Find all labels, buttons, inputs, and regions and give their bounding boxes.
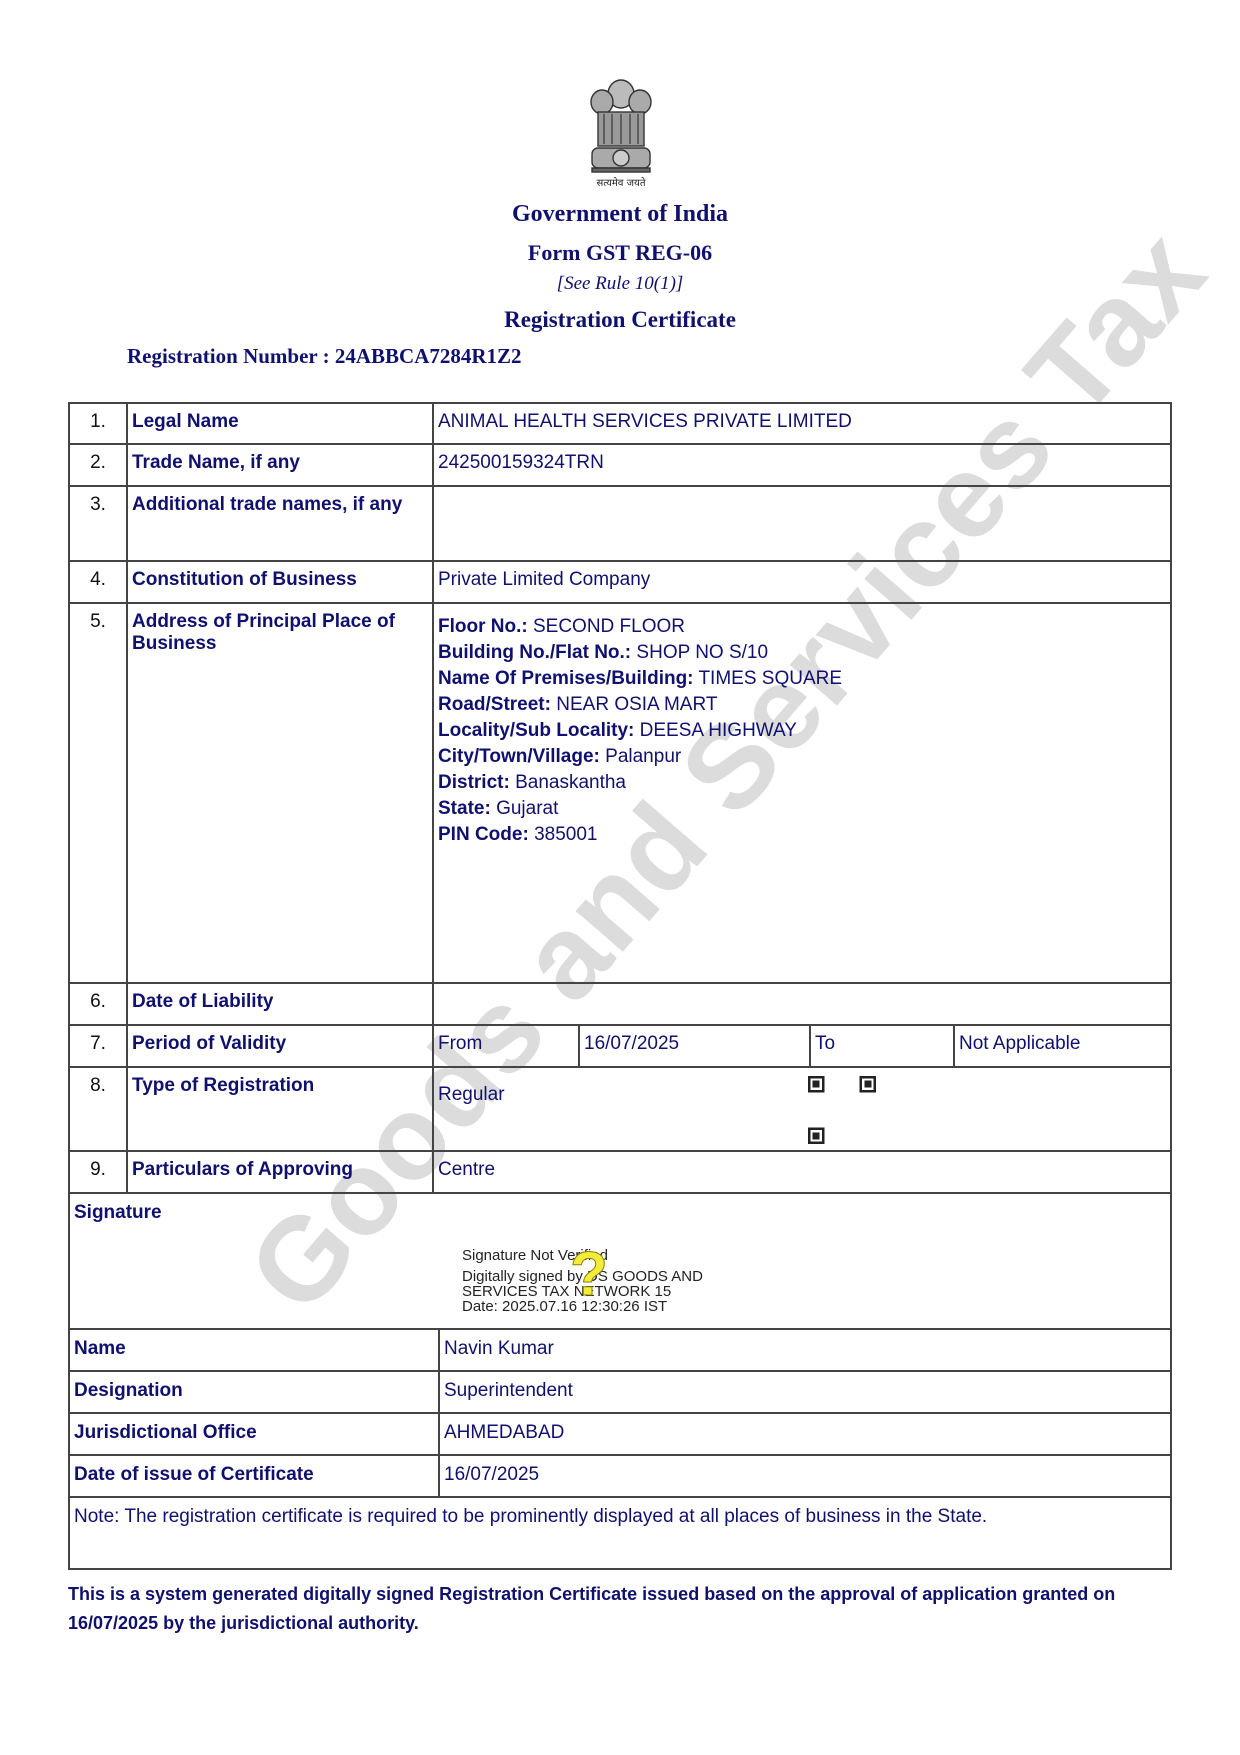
registration-number: Registration Number : 24ABBCA7284R1Z2 bbox=[127, 344, 522, 369]
row-number: 1. bbox=[69, 403, 127, 444]
designation-value: Superintendent bbox=[439, 1371, 1171, 1413]
table-row: Date of issue of Certificate 16/07/2025 bbox=[69, 1455, 1171, 1497]
table-row: 7. Period of Validity From 16/07/2025 To… bbox=[69, 1025, 1171, 1067]
row-number: 8. bbox=[69, 1067, 127, 1151]
validity-to-label: To bbox=[810, 1025, 954, 1067]
validity-from-date: 16/07/2025 bbox=[579, 1025, 810, 1067]
row-label: Type of Registration bbox=[127, 1067, 433, 1151]
row-label: Constitution of Business bbox=[127, 561, 433, 603]
officer-name-value: Navin Kumar bbox=[439, 1329, 1171, 1371]
issue-date-value: 16/07/2025 bbox=[439, 1455, 1171, 1497]
address-line: Road/Street: NEAR OSIA MART bbox=[438, 692, 1166, 718]
jurisdictional-office-value: AHMEDABAD bbox=[439, 1413, 1171, 1455]
table-row: 4. Constitution of Business Private Limi… bbox=[69, 561, 1171, 603]
row-label: Period of Validity bbox=[127, 1025, 433, 1067]
table-row: 5. Address of Principal Place of Busines… bbox=[69, 603, 1171, 983]
table-row: 9. Particulars of Approving Centre bbox=[69, 1151, 1171, 1193]
row-number: 7. bbox=[69, 1025, 127, 1067]
certificate-table: 1. Legal Name ANIMAL HEALTH SERVICES PRI… bbox=[68, 402, 1172, 1194]
address-line: Name Of Premises/Building: TIMES SQUARE bbox=[438, 666, 1166, 692]
table-row: 6. Date of Liability bbox=[69, 983, 1171, 1025]
address-line: PIN Code: 385001 bbox=[438, 822, 1166, 848]
form-title: Form GST REG-06 bbox=[0, 240, 1240, 266]
table-row: 1. Legal Name ANIMAL HEALTH SERVICES PRI… bbox=[69, 403, 1171, 444]
address-line: Building No./Flat No.: SHOP NO S/10 bbox=[438, 640, 1166, 666]
qr-code-icon bbox=[808, 1076, 876, 1144]
table-row: Name Navin Kumar bbox=[69, 1329, 1171, 1371]
table-row: 8. Type of Registration Regular bbox=[69, 1067, 1171, 1151]
jurisdictional-office-label: Jurisdictional Office bbox=[69, 1413, 439, 1455]
row-label: Additional trade names, if any bbox=[127, 486, 433, 561]
table-row: 3. Additional trade names, if any bbox=[69, 486, 1171, 561]
note-text: Note: The registration certificate is re… bbox=[69, 1497, 1171, 1569]
row-number: 2. bbox=[69, 444, 127, 486]
svg-text:सत्यमेव जयते: सत्यमेव जयते bbox=[596, 177, 645, 189]
address-line: City/Town/Village: Palanpur bbox=[438, 744, 1166, 770]
row-label: Particulars of Approving bbox=[127, 1151, 433, 1193]
row-number: 4. bbox=[69, 561, 127, 603]
validity-from-label: From bbox=[433, 1025, 579, 1067]
address-line: Floor No.: SECOND FLOOR bbox=[438, 614, 1166, 640]
registration-number-label: Registration Number : bbox=[127, 344, 330, 368]
row-label: Date of Liability bbox=[127, 983, 433, 1025]
issue-date-label: Date of issue of Certificate bbox=[69, 1455, 439, 1497]
row-number: 9. bbox=[69, 1151, 127, 1193]
row-label: Trade Name, if any bbox=[127, 444, 433, 486]
approving-authority-value: Centre bbox=[433, 1151, 1171, 1193]
table-row: Jurisdictional Office AHMEDABAD bbox=[69, 1413, 1171, 1455]
government-title: Government of India bbox=[0, 201, 1240, 228]
address-line: District: Banaskantha bbox=[438, 770, 1166, 796]
row-number: 3. bbox=[69, 486, 127, 561]
address-line: State: Gujarat bbox=[438, 796, 1166, 822]
certificate-title: Registration Certificate bbox=[0, 307, 1240, 333]
officer-name-label: Name bbox=[69, 1329, 439, 1371]
rule-reference: [See Rule 10(1)] bbox=[0, 273, 1240, 295]
row-label: Legal Name bbox=[127, 403, 433, 444]
row-label: Address of Principal Place of Business bbox=[127, 603, 433, 983]
row-number: 5. bbox=[69, 603, 127, 983]
registration-number-value: 24ABBCA7284R1Z2 bbox=[335, 344, 522, 368]
date-of-liability-value bbox=[433, 983, 1171, 1025]
validity-to-date: Not Applicable bbox=[954, 1025, 1171, 1067]
note-row: Note: The registration certificate is re… bbox=[69, 1497, 1171, 1569]
table-row: 2. Trade Name, if any 242500159324TRN bbox=[69, 444, 1171, 486]
registration-type-value: Regular bbox=[433, 1067, 1171, 1151]
designation-label: Designation bbox=[69, 1371, 439, 1413]
footer-statement: This is a system generated digitally sig… bbox=[68, 1580, 1188, 1638]
row-number: 6. bbox=[69, 983, 127, 1025]
trade-name-value: 242500159324TRN bbox=[433, 444, 1171, 486]
constitution-value: Private Limited Company bbox=[433, 561, 1171, 603]
question-mark-icon: ? bbox=[570, 1244, 608, 1306]
address-line: Locality/Sub Locality: DEESA HIGHWAY bbox=[438, 718, 1166, 744]
address-value: Floor No.: SECOND FLOOR Building No./Fla… bbox=[433, 603, 1171, 983]
table-row: Designation Superintendent bbox=[69, 1371, 1171, 1413]
additional-trade-names-value bbox=[433, 486, 1171, 561]
state-emblem-icon: सत्यमेव जयते bbox=[584, 72, 658, 190]
legal-name-value: ANIMAL HEALTH SERVICES PRIVATE LIMITED bbox=[433, 403, 1171, 444]
